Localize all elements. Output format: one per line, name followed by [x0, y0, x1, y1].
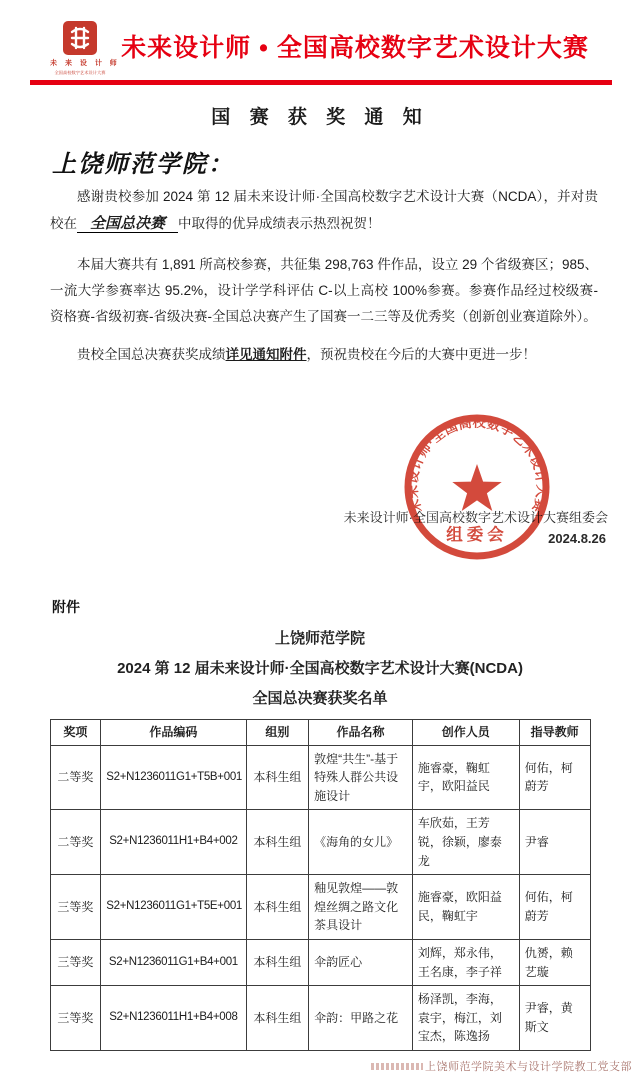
awards-column-header: 作品名称 — [309, 720, 413, 746]
ncda-seal-icon — [62, 20, 98, 56]
seal-star-icon — [452, 464, 501, 511]
awards-cell: 二等奖 — [50, 745, 101, 810]
awards-cell: 尹睿，黄斯文 — [519, 986, 590, 1051]
logo-text-line2: 全国高校数字艺术设计大赛 — [55, 70, 106, 76]
awards-cell: S2+N1236011H1+B4+002 — [101, 810, 246, 875]
awards-cell: 施睿豪，鞠虹宇，欧阳益民 — [412, 745, 519, 810]
awards-cell: 《海角的女儿》 — [309, 810, 413, 875]
committee-red-seal: 未来设计师·全国高校数字艺术设计大赛 组委会 — [402, 412, 552, 562]
awards-column-header: 组别 — [246, 720, 309, 746]
awards-cell: S2+N1236011G1+T5E+001 — [101, 875, 246, 940]
awards-column-header: 奖项 — [50, 720, 101, 746]
watermark-smudge — [371, 1063, 423, 1070]
awards-table-row: 三等奖S2+N1236011G1+B4+001本科生组伞韵匠心刘辉，郑永伟，王名… — [50, 939, 590, 985]
awards-cell: 本科生组 — [246, 875, 309, 940]
awards-cell: 本科生组 — [246, 810, 309, 875]
notice-heading: 国 赛 获 奖 通 知 — [0, 102, 640, 129]
awards-table-header-row: 奖项作品编码组别作品名称创作人员指导教师 — [50, 720, 590, 746]
salutation: 上饶师范学院： — [52, 144, 234, 179]
awards-cell: 仇赟，赖艺璇 — [519, 939, 590, 985]
masthead-double-rule — [30, 80, 612, 85]
awards-cell: 三等奖 — [50, 939, 101, 985]
awards-table: 奖项作品编码组别作品名称创作人员指导教师 二等奖S2+N1236011G1+T5… — [50, 719, 591, 1051]
paragraph-2: 本届大赛共有 1,891 所高校参赛，共征集 298,763 件作品，设立 29… — [50, 252, 598, 330]
awards-cell: 伞韵：甲路之花 — [309, 986, 413, 1051]
see-attachment-emphasis: 详见通知附件 — [226, 347, 307, 362]
awards-table-row: 二等奖S2+N1236011G1+T5B+001本科生组敦煌“共生”-基于特殊人… — [50, 745, 590, 810]
awards-cell: S2+N1236011G1+T5B+001 — [101, 745, 246, 810]
awards-cell: 三等奖 — [50, 875, 101, 940]
paragraph-3: 贵校全国总决赛获奖成绩详见通知附件，预祝贵校在今后的大赛中更进一步！ — [50, 342, 598, 368]
attachment-label: 附件 — [52, 597, 640, 617]
awards-cell: 施睿豪，欧阳益民，鞠虹宇 — [412, 875, 519, 940]
awards-cell: 本科生组 — [246, 745, 309, 810]
awards-column-header: 创作人员 — [412, 720, 519, 746]
footer-watermark: 上饶师范学院美术与设计学院教工党支部 — [371, 1058, 632, 1074]
footer-watermark-text: 上饶师范学院美术与设计学院教工党支部 — [425, 1058, 632, 1074]
awards-column-header: 指导教师 — [519, 720, 590, 746]
awards-cell: 三等奖 — [50, 986, 101, 1051]
awards-cell: 杨泽凯，李海，袁宇，梅江，刘宝杰，陈逸扬 — [412, 986, 519, 1051]
awards-cell: 釉见敦煌——敦煌丝绸之路文化茶具设计 — [309, 875, 413, 940]
attachment-list-title: 全国总决赛获奖名单 — [0, 687, 640, 708]
paragraph-3-tail: ，预祝贵校在今后的大赛中更进一步！ — [307, 347, 537, 362]
awards-cell: S2+N1236011H1+B4+008 — [101, 986, 246, 1051]
awards-cell: 车欣茹，王芳锐，徐颖，廖泰龙 — [412, 810, 519, 875]
attachment-school-name: 上饶师范学院 — [0, 627, 640, 648]
awards-cell: 本科生组 — [246, 939, 309, 985]
notice-document-page: 未 来 设 计 师 全国高校数字艺术设计大赛 未来设计师 • 全国高校数字艺术设… — [0, 0, 640, 1080]
awards-column-header: 作品编码 — [101, 720, 246, 746]
awards-cell: 本科生组 — [246, 986, 309, 1051]
paragraph-3-text: 贵校全国总决赛获奖成绩 — [77, 347, 226, 362]
letter-body: 感谢贵校参加 2024 第 12 届未来设计师·全国高校数字艺术设计大赛（NCD… — [50, 184, 598, 368]
awards-table-row: 三等奖S2+N1236011H1+B4+008本科生组伞韵：甲路之花杨泽凯，李海… — [50, 986, 590, 1051]
awards-cell: 尹睿 — [519, 810, 590, 875]
paragraph-1-tail: 中取得的优异成绩表示热烈祝贺！ — [178, 216, 381, 231]
awards-cell: 敦煌“共生”-基于特殊人群公共设施设计 — [309, 745, 413, 810]
masthead-title: 未来设计师 • 全国高校数字艺术设计大赛 — [98, 28, 612, 64]
awards-cell: 伞韵匠心 — [309, 939, 413, 985]
awards-cell: 刘辉，郑永伟，王名康，李子祥 — [412, 939, 519, 985]
awards-cell: 何佑，柯蔚芳 — [519, 875, 590, 940]
attachment-competition-title: 2024 第 12 届未来设计师·全国高校数字艺术设计大赛(NCDA) — [0, 657, 640, 678]
paragraph-1: 感谢贵校参加 2024 第 12 届未来设计师·全国高校数字艺术设计大赛（NCD… — [50, 184, 598, 239]
awards-cell: 何佑，柯蔚芳 — [519, 745, 590, 810]
underlined-final-stage: 全国总决赛 — [77, 216, 178, 233]
awards-table-row: 三等奖S2+N1236011G1+T5E+001本科生组釉见敦煌——敦煌丝绸之路… — [50, 875, 590, 940]
attachment-section: 附件 上饶师范学院 2024 第 12 届未来设计师·全国高校数字艺术设计大赛(… — [0, 597, 640, 1051]
awards-cell: S2+N1236011G1+B4+001 — [101, 939, 246, 985]
seal-bottom-text: 组委会 — [446, 524, 508, 544]
notice-date: 2024.8.26 — [548, 531, 606, 546]
awards-table-row: 二等奖S2+N1236011H1+B4+002本科生组《海角的女儿》车欣茹，王芳… — [50, 810, 590, 875]
awards-cell: 二等奖 — [50, 810, 101, 875]
